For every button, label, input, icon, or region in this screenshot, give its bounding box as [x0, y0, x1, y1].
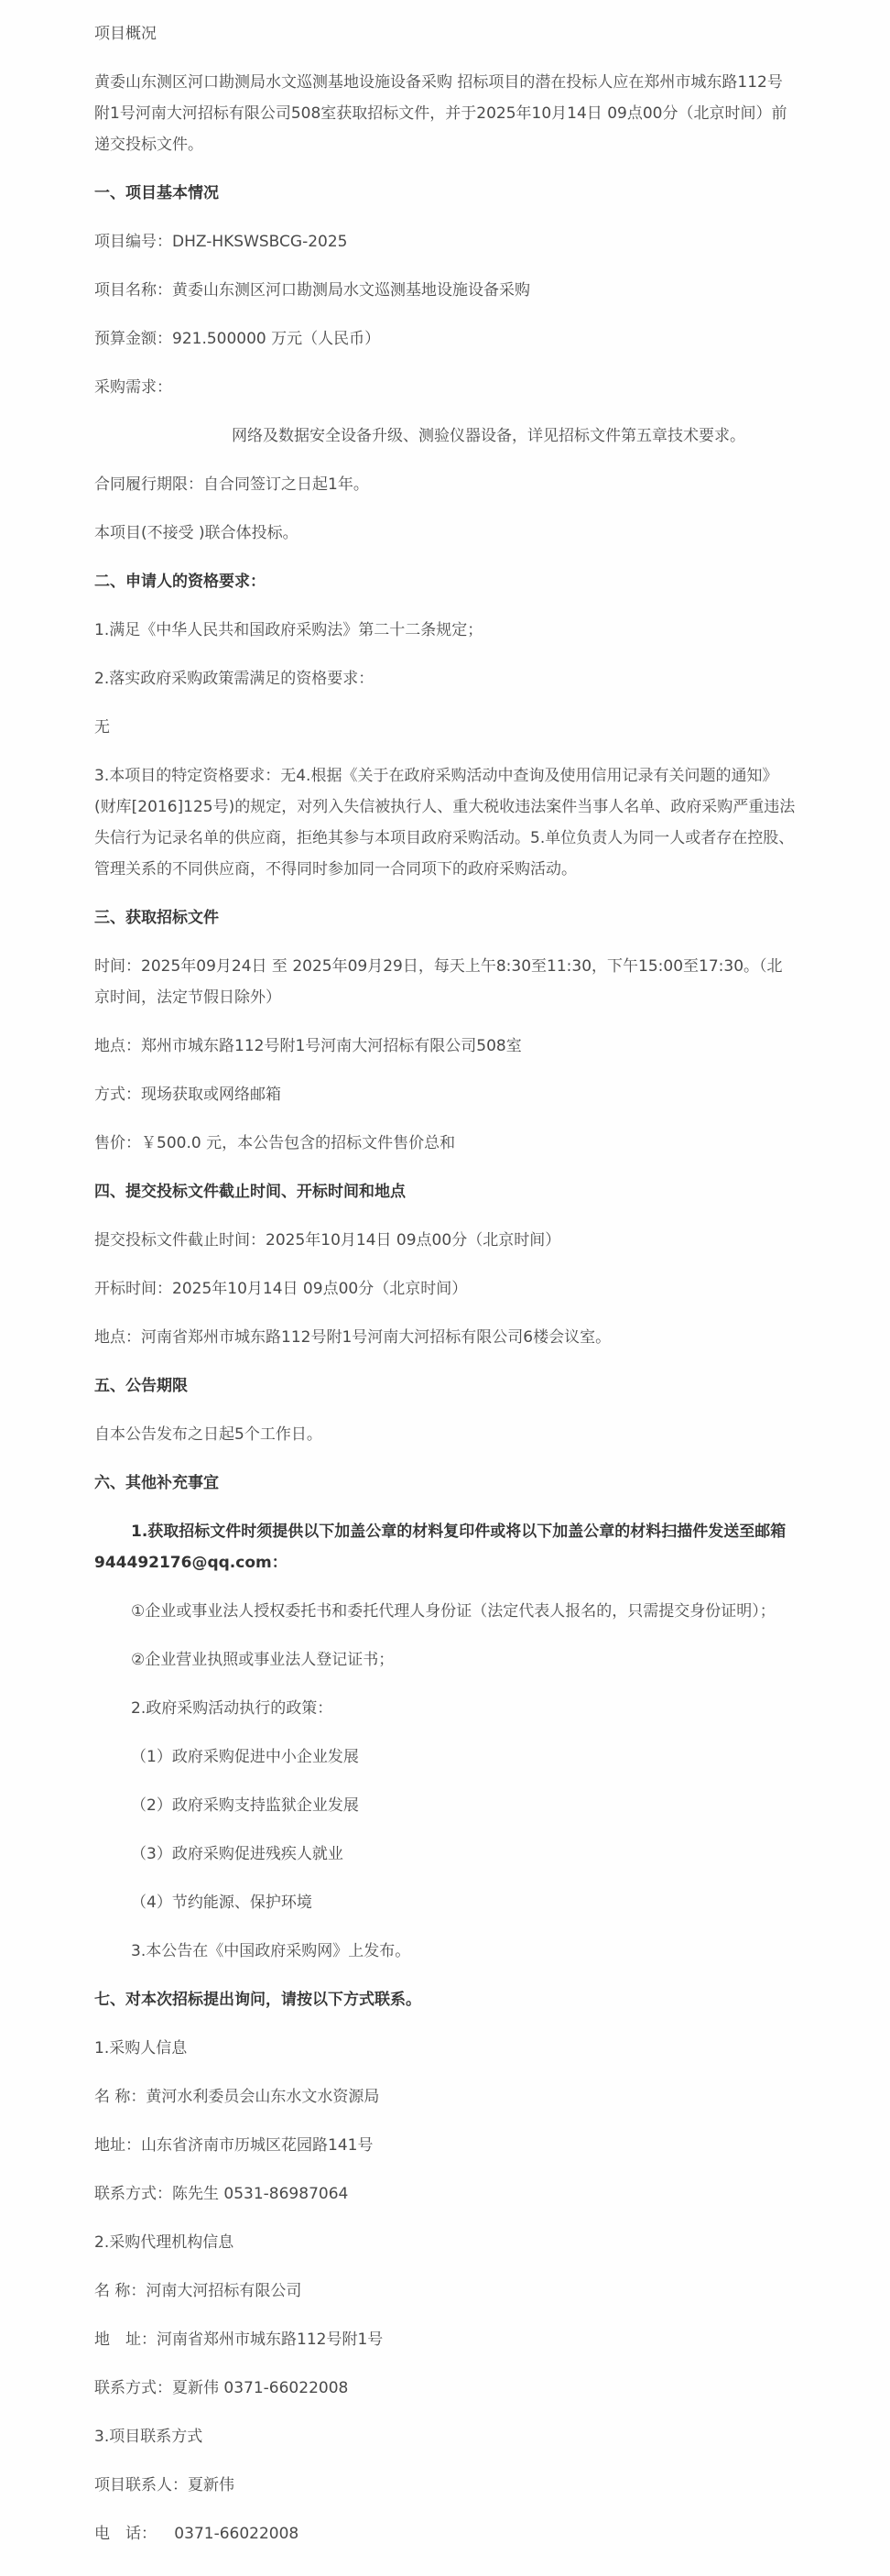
paragraph: 地址：山东省济南市历城区花园路141号 [94, 2130, 796, 2161]
paragraph: ①企业或事业法人授权委托书和委托代理人身份证（法定代表人报名的，只需提交身份证明… [94, 1596, 796, 1627]
paragraph: 黄委山东测区河口勘测局水文巡测基地设施设备采购 招标项目的潜在投标人应在郑州市城… [94, 67, 796, 160]
paragraph: 1.获取招标文件时须提供以下加盖公章的材料复印件或将以下加盖公章的材料扫描件发送… [94, 1516, 796, 1578]
paragraph: 3.本项目的特定资格要求：无4.根据《关于在政府采购活动中查询及使用信用记录有关… [94, 760, 796, 885]
paragraph: 自本公告发布之日起5个工作日。 [94, 1419, 796, 1450]
paragraph: 2.落实政府采购政策需满足的资格要求： [94, 663, 796, 694]
paragraph: 提交投标文件截止时间：2025年10月14日 09点00分（北京时间） [94, 1225, 796, 1256]
paragraph: 时间：2025年09月24日 至 2025年09月29日，每天上午8:30至11… [94, 951, 796, 1013]
paragraph: 2.采购代理机构信息 [94, 2227, 796, 2258]
paragraph: （2）政府采购支持监狱企业发展 [94, 1790, 796, 1821]
section-heading: 一、项目基本情况 [94, 178, 796, 209]
section-heading: 六、其他补充事宜 [94, 1468, 796, 1499]
section-heading: 七、对本次招标提出询问，请按以下方式联系。 [94, 1984, 796, 2015]
paragraph: 1.采购人信息 [94, 2033, 796, 2064]
paragraph: 2.政府采购活动执行的政策： [94, 1693, 796, 1724]
procurement-notice-page: 项目概况黄委山东测区河口勘测局水文巡测基地设施设备采购 招标项目的潜在投标人应在… [0, 0, 890, 2576]
paragraph: 1.满足《中华人民共和国政府采购法》第二十二条规定； [94, 615, 796, 646]
paragraph: 3.项目联系方式 [94, 2421, 796, 2452]
section-heading: 二、申请人的资格要求： [94, 566, 796, 597]
section-heading: 三、获取招标文件 [94, 902, 796, 933]
paragraph: 地点：郑州市城东路112号附1号河南大河招标有限公司508室 [94, 1031, 796, 1062]
paragraph: 项目编号：DHZ-HKSWSBCG-2025 [94, 226, 796, 257]
paragraph: 方式：现场获取或网络邮箱 [94, 1079, 796, 1110]
paragraph: 地 址：河南省郑州市城东路112号附1号 [94, 2324, 796, 2355]
paragraph: 售价：￥500.0 元，本公告包含的招标文件售价总和 [94, 1128, 796, 1159]
paragraph: ②企业营业执照或事业法人登记证书； [94, 1644, 796, 1675]
paragraph: 名 称：河南大河招标有限公司 [94, 2276, 796, 2307]
paragraph: 项目名称：黄委山东测区河口勘测局水文巡测基地设施设备采购 [94, 275, 796, 306]
paragraph: （4）节约能源、保护环境 [94, 1887, 796, 1918]
paragraph: 合同履行期限：自合同签订之日起1年。 [94, 469, 796, 500]
paragraph: 预算金额：921.500000 万元（人民币） [94, 323, 796, 355]
paragraph: 联系方式：陈先生 0531-86987064 [94, 2178, 796, 2210]
paragraph: 地点：河南省郑州市城东路112号附1号河南大河招标有限公司6楼会议室。 [94, 1322, 796, 1353]
paragraph: 项目概况 [94, 18, 796, 49]
paragraph: 联系方式：夏新伟 0371-66022008 [94, 2373, 796, 2404]
paragraph: 电 话： 0371-66022008 [94, 2518, 796, 2549]
paragraph: 项目联系人：夏新伟 [94, 2470, 796, 2501]
paragraph: 开标时间：2025年10月14日 09点00分（北京时间） [94, 1273, 796, 1304]
section-heading: 四、提交投标文件截止时间、开标时间和地点 [94, 1176, 796, 1207]
paragraph: （1）政府采购促进中小企业发展 [94, 1741, 796, 1773]
paragraph: 采购需求： [94, 372, 796, 403]
section-heading: 五、公告期限 [94, 1370, 796, 1402]
paragraph: 无 [94, 712, 796, 743]
paragraph: 网络及数据安全设备升级、测验仪器设备，详见招标文件第五章技术要求。 [94, 420, 796, 452]
paragraph: 本项目(不接受 )联合体投标。 [94, 518, 796, 549]
document-body: 项目概况黄委山东测区河口勘测局水文巡测基地设施设备采购 招标项目的潜在投标人应在… [94, 0, 796, 2576]
paragraph: 3.本公告在《中国政府采购网》上发布。 [94, 1936, 796, 1967]
paragraph: 名 称：黄河水利委员会山东水文水资源局 [94, 2081, 796, 2112]
paragraph: （3）政府采购促进残疾人就业 [94, 1839, 796, 1870]
